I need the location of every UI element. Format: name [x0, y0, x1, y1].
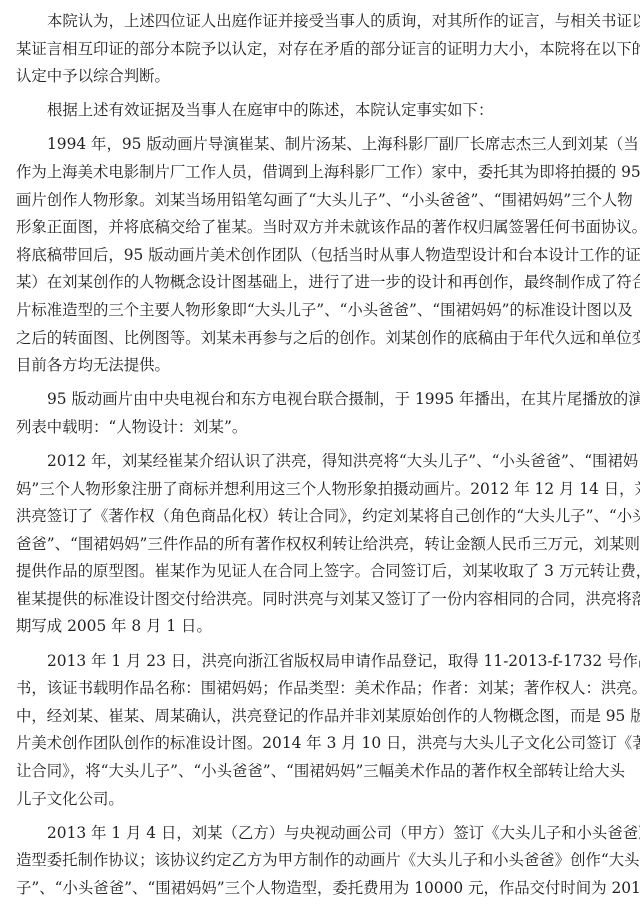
text-line: 画片创作人物形象。刘某当场用铅笔勾画了“大头儿子”、“小头爸爸”、“围裙妈妈”三… — [16, 187, 624, 215]
text-line: 某证言相互印证的部分本院予以认定，对存在矛盾的部分证言的证明力大小，本院将在以下… — [16, 36, 624, 64]
text-line: 列表中载明：“人物设计：刘某”。 — [16, 414, 624, 442]
text-line: 2013 年 1 月 4 日，刘某（乙方）与央视动画公司（甲方）签订《大头儿子和… — [16, 820, 624, 848]
paragraph-2013-registration: 2013 年 1 月 23 日，洪亮向浙江省版权局申请作品登记，取得 11-20… — [16, 648, 624, 814]
paragraph-facts-intro: 根据上述有效证据及当事人在庭审中的陈述，本院认定事实如下： — [16, 97, 624, 125]
text-line: 期写成 2005 年 8 月 1 日。 — [16, 613, 624, 641]
text-line: 认定中予以综合判断。 — [16, 63, 624, 91]
text-line: 妈”三个人物形象注册了商标并想利用这三个人物形象拍摄动画片。2012 年 12 … — [16, 476, 624, 504]
text-line: 1994 年，95 版动画片导演崔某、制片汤某、上海科影厂副厂长席志杰三人到刘某… — [16, 131, 624, 159]
text-line: 让合同》，将“大头儿子”、“小头爸爸”、“围裙妈妈”三幅美术作品的著作权全部转让… — [16, 758, 624, 786]
text-line: 本院认为，上述四位证人出庭作证并接受当事人的质询，对其所作的证言，与相关书证以及… — [16, 8, 624, 36]
text-line: 提供作品的原型图。崔某作为见证人在合同上签字。合同签订后，刘某收取了 3 万元转… — [16, 558, 624, 586]
paragraph-court-opinion: 本院认为，上述四位证人出庭作证并接受当事人的质询，对其所作的证言，与相关书证以及… — [16, 8, 624, 91]
text-line: 片美术创作团队创作的标准设计图。2014 年 3 月 10 日，洪亮与大头儿子文… — [16, 730, 624, 758]
paragraph-1994-creation: 1994 年，95 版动画片导演崔某、制片汤某、上海科影厂副厂长席志杰三人到刘某… — [16, 131, 624, 379]
paragraph-2013-commission: 2013 年 1 月 4 日，刘某（乙方）与央视动画公司（甲方）签订《大头儿子和… — [16, 820, 624, 903]
text-line: 书，该证书载明作品名称：围裙妈妈；作品类型：美术作品；作者：刘某；著作权人：洪亮… — [16, 675, 624, 703]
text-line: 某）在刘某创作的人物概念设计图基础上，进行了进一步的设计和再创作，最终制作成了符… — [16, 269, 624, 297]
text-line: 之后的转面图、比例图等。刘某未再参与之后的创作。刘某创作的底稿由于年代久远和单位… — [16, 325, 624, 353]
text-line: 洪亮签订了《著作权（角色商品化权）转让合同》，约定刘某将自己创作的“大头儿子”、… — [16, 503, 624, 531]
paragraph-1995-broadcast: 95 版动画片由中央电视台和东方电视台联合摄制，于 1995 年播出，在其片尾播… — [16, 386, 624, 441]
text-line: 形象正面图，并将底稿交给了崔某。当时双方并未就该作品的著作权归属签署任何书面协议… — [16, 214, 624, 242]
text-line: 作为上海美术电影制片厂工作人员，借调到上海科影厂工作）家中，委托其为即将拍摄的 … — [16, 159, 624, 187]
text-line: 中，经刘某、崔某、周某确认，洪亮登记的作品并非刘某原始创作的人物概念图，而是 9… — [16, 703, 624, 731]
text-line: 子”、“小头爸爸”、“围裙妈妈”三个人物造型，委托费用为 10000 元，作品交… — [16, 875, 624, 903]
document-page: 本院认为，上述四位证人出庭作证并接受当事人的质询，对其所作的证言，与相关书证以及… — [16, 8, 624, 909]
text-line: 儿子文化公司。 — [16, 786, 624, 814]
text-line: 目前各方均无法提供。 — [16, 352, 624, 380]
text-line: 95 版动画片由中央电视台和东方电视台联合摄制，于 1995 年播出，在其片尾播… — [16, 386, 624, 414]
text-line: 2013 年 1 月 23 日，洪亮向浙江省版权局申请作品登记，取得 11-20… — [16, 648, 624, 676]
text-line: 造型委托制作协议；该协议约定乙方为甲方制作的动画片《大头儿子和小头爸爸》创作“大… — [16, 847, 624, 875]
text-line: 2012 年，刘某经崔某介绍认识了洪亮，得知洪亮将“大头儿子”、“小头爸爸”、“… — [16, 448, 624, 476]
text-line: 片标准造型的三个主要人物形象即“大头儿子”、“小头爸爸”、“围裙妈妈”的标准设计… — [16, 297, 624, 325]
text-line: 将底稿带回后，95 版动画片美术创作团队（包括当时从事人物造型设计和台本设计工作… — [16, 242, 624, 270]
text-line: 崔某提供的标准设计图交付给洪亮。同时洪亮与刘某又签订了一份内容相同的合同，洪亮将… — [16, 586, 624, 614]
text-line: 根据上述有效证据及当事人在庭审中的陈述，本院认定事实如下： — [16, 97, 624, 125]
text-line: 爸爸”、“围裙妈妈”三件作品的所有著作权权利转让给洪亮，转让金额人民币三万元，刘… — [16, 531, 624, 559]
paragraph-2012-contract: 2012 年，刘某经崔某介绍认识了洪亮，得知洪亮将“大头儿子”、“小头爸爸”、“… — [16, 448, 624, 641]
